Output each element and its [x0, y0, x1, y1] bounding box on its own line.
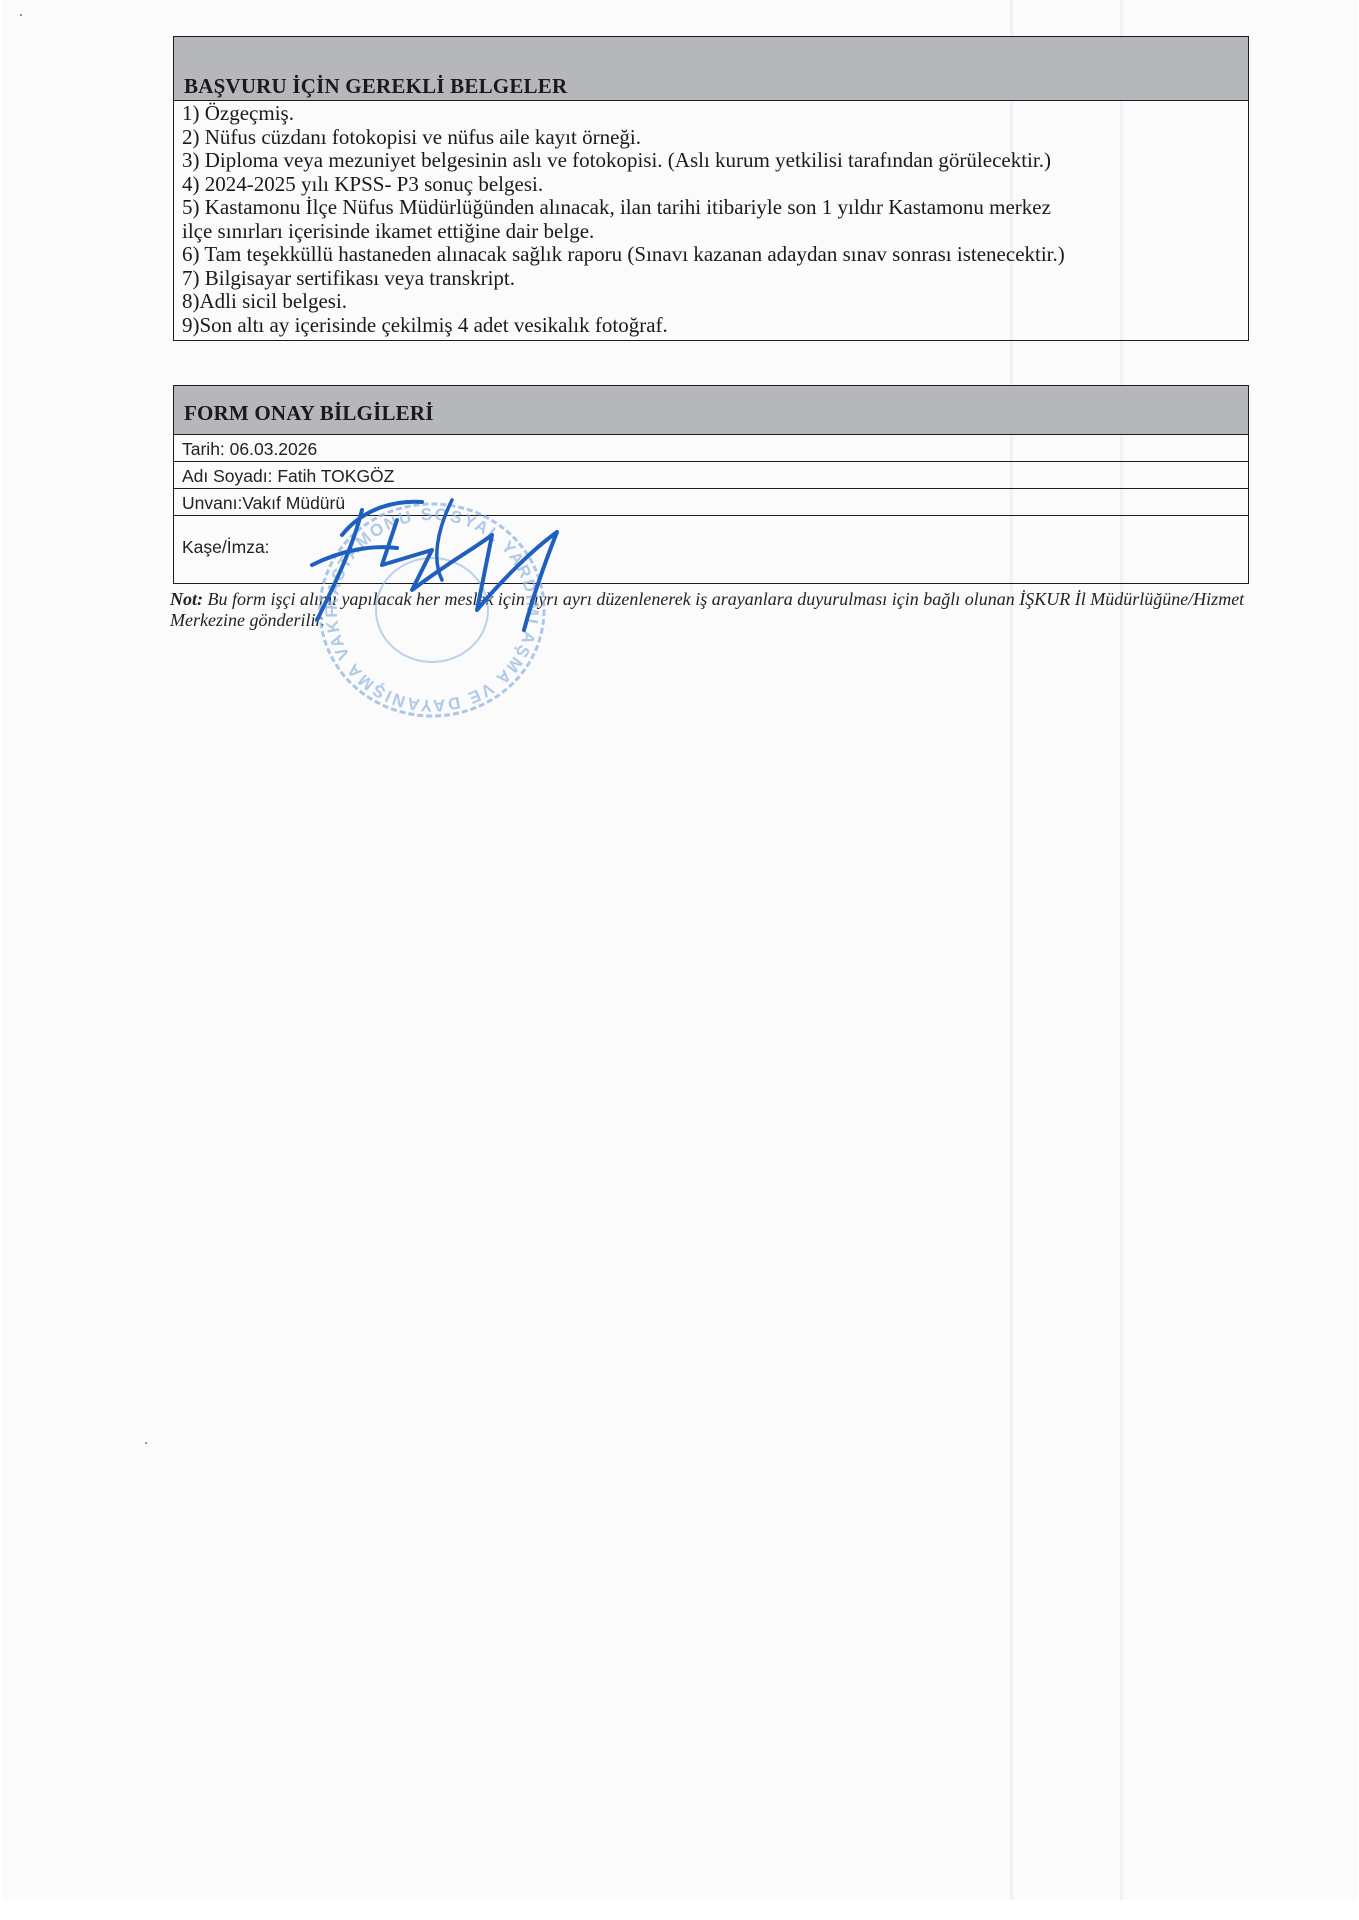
- list-item: 7) Bilgisayar sertifikası veya transkrip…: [182, 267, 1240, 291]
- scanned-page: BAŞVURU İÇİN GEREKLİ BELGELER 1) Özgeçmi…: [2, 0, 1358, 1900]
- list-item: 9)Son altı ay içerisinde çekilmiş 4 adet…: [182, 314, 1240, 338]
- stamp-signature-row: Kaşe/İmza:: [174, 516, 1248, 583]
- list-item: 5) Kastamonu İlçe Nüfus Müdürlüğünden al…: [182, 196, 1240, 220]
- required-documents-header: BAŞVURU İÇİN GEREKLİ BELGELER: [174, 37, 1248, 101]
- required-documents-list: 1) Özgeçmiş. 2) Nüfus cüzdanı fotokopisi…: [174, 101, 1248, 340]
- required-documents-table: BAŞVURU İÇİN GEREKLİ BELGELER 1) Özgeçmi…: [173, 36, 1249, 341]
- date-row: Tarih: 06.03.2026: [174, 435, 1248, 462]
- form-approval-header: FORM ONAY BİLGİLERİ: [174, 386, 1248, 435]
- footnote-label: Not:: [170, 589, 203, 609]
- list-item: ilçe sınırları içerisinde ikamet ettiğin…: [182, 220, 1240, 244]
- list-item: 6) Tam teşekküllü hastaneden alınacak sa…: [182, 243, 1240, 267]
- scan-speck: [20, 14, 22, 16]
- list-item: 3) Diploma veya mezuniyet belgesinin asl…: [182, 149, 1240, 173]
- list-item: 2) Nüfus cüzdanı fotokopisi ve nüfus ail…: [182, 126, 1240, 150]
- footnote-text: Bu form işçi alımı yapılacak her meslek …: [170, 589, 1244, 630]
- form-approval-table: FORM ONAY BİLGİLERİ Tarih: 06.03.2026 Ad…: [173, 385, 1249, 584]
- job-title-row: Unvanı:Vakıf Müdürü: [174, 489, 1248, 516]
- footnote: Not: Bu form işçi alımı yapılacak her me…: [170, 589, 1250, 631]
- name-row: Adı Soyadı: Fatih TOKGÖZ: [174, 462, 1248, 489]
- scan-speck: [145, 1442, 147, 1444]
- list-item: 8)Adli sicil belgesi.: [182, 290, 1240, 314]
- list-item: 4) 2024-2025 yılı KPSS- P3 sonuç belgesi…: [182, 173, 1240, 197]
- list-item: 1) Özgeçmiş.: [182, 102, 1240, 126]
